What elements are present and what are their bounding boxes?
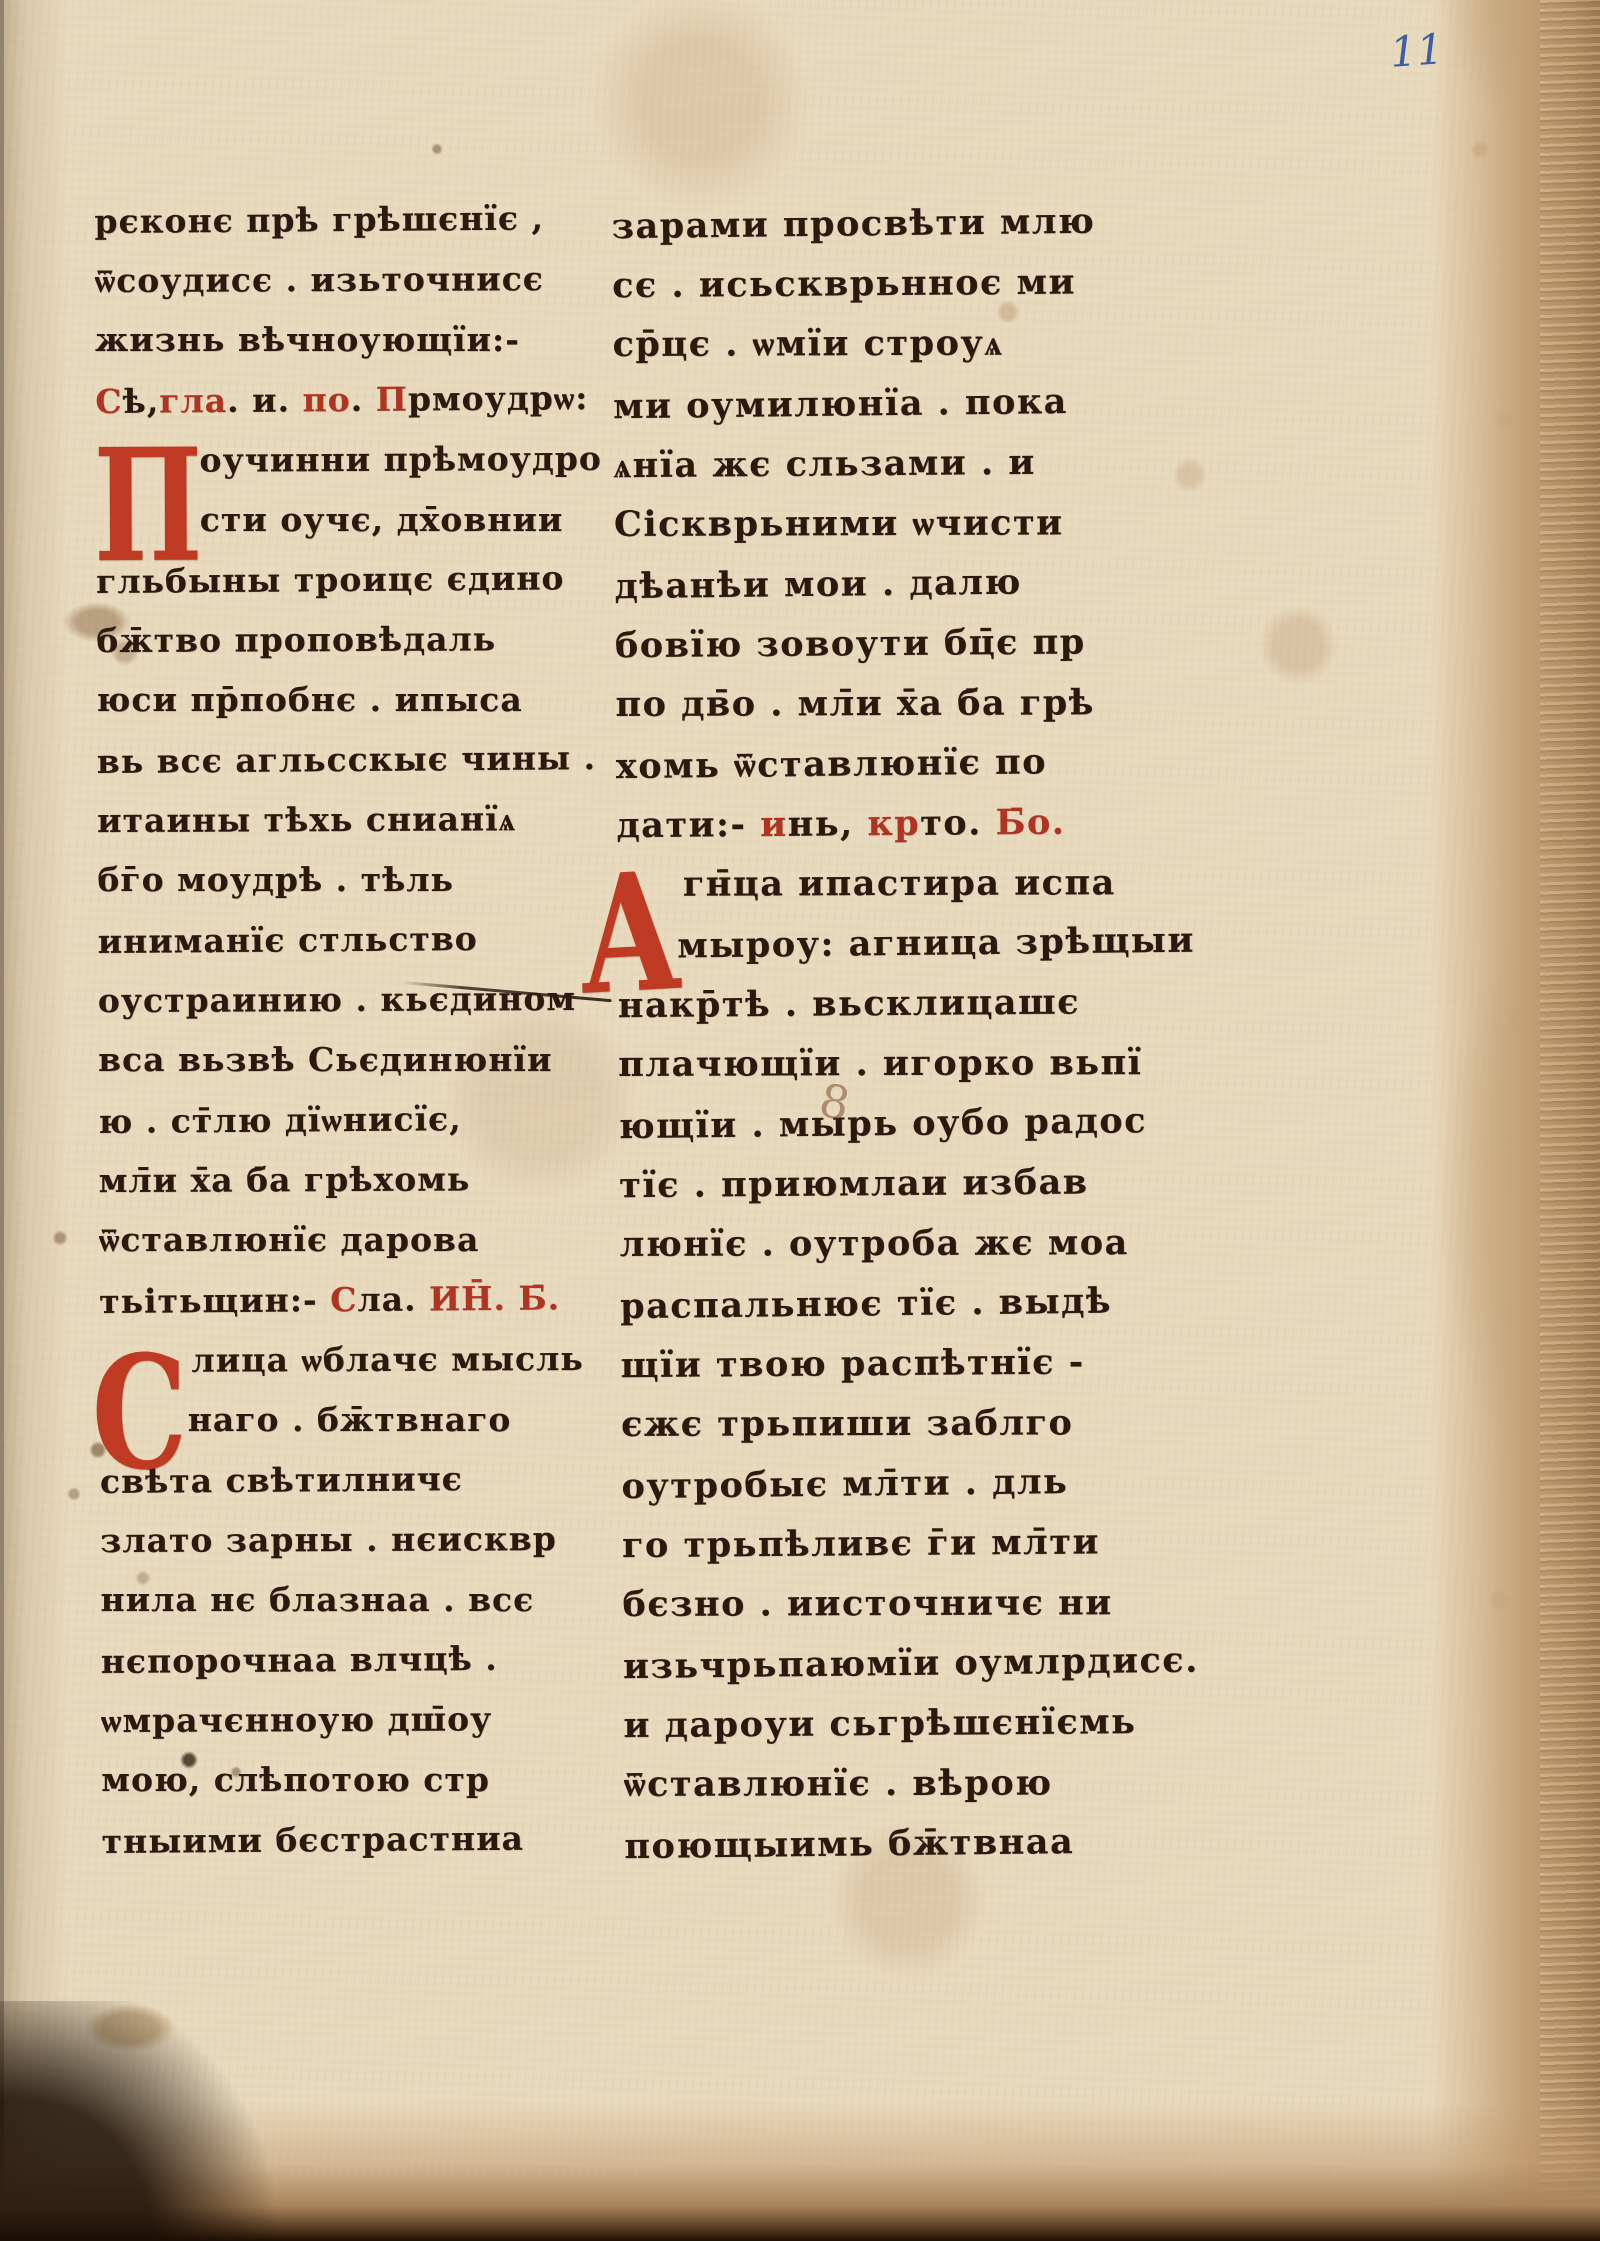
body-text: бж̄тво проповѣдаль bbox=[96, 619, 496, 660]
body-text: распальнює тїє . выдѣ bbox=[620, 1281, 1112, 1328]
manuscript-line-left-26: ѡмрачєнноую дш̄оу bbox=[101, 1689, 621, 1751]
page-edge-right bbox=[1430, 0, 1600, 2241]
body-text: ѿставлюнїє дарова bbox=[99, 1220, 479, 1259]
manuscript-line-right-2: сє . исьскврьнноє ми bbox=[612, 252, 1172, 316]
manuscript-line-right-27: ѿставлюнїє . вѣрою bbox=[624, 1753, 1184, 1815]
body-text: оустраинию . кьєдином bbox=[98, 979, 576, 1020]
manuscript-photo: 11 рєконє прѣ грѣшєнїє ,ѿсоудисє . изьто… bbox=[0, 0, 1600, 2241]
body-text: оутробыє мл̄ти . дль bbox=[621, 1461, 1068, 1507]
folio-number: 11 bbox=[1388, 24, 1445, 77]
body-text: рмоудрѡ: bbox=[408, 378, 589, 418]
manuscript-line-right-26: и дароуи сьгрѣшєнїємь bbox=[623, 1692, 1183, 1756]
body-text: люнїє . оутроба жє моа bbox=[620, 1222, 1129, 1265]
manuscript-line-right-12: гн̄ца ипастира испа bbox=[617, 853, 1177, 915]
body-text: мою, слѣпотою стр bbox=[101, 1760, 490, 1799]
body-text: ющїи . мырь оубо радос bbox=[618, 1100, 1147, 1147]
rubric-text: Б̄о. bbox=[995, 802, 1065, 844]
manuscript-line-right-11: дати:- инь, крто. Б̄о. bbox=[616, 792, 1176, 856]
illuminated-initial-p: П bbox=[93, 429, 203, 585]
manuscript-line-left-10: вь всє агльсскыє чины . bbox=[97, 728, 617, 792]
manuscript-line-left-1: рєконє прѣ грѣшєнїє , bbox=[94, 188, 614, 252]
body-text: поющыимь бж̄твнаа bbox=[624, 1821, 1074, 1867]
manuscript-line-right-17: тїє . приюмлаи избав bbox=[619, 1152, 1179, 1216]
manuscript-line-left-24: нила нє блазнаа . всє bbox=[100, 1570, 620, 1630]
manuscript-line-left-25: нєпорочнаа влчцѣ . bbox=[101, 1628, 621, 1692]
manuscript-line-right-3: ср̄цє . ѡмїи строуѧ bbox=[612, 313, 1172, 375]
manuscript-line-left-18: ѿставлюнїє дарова bbox=[99, 1210, 619, 1270]
body-text: ю . ст̄лю дїѡнисїє, bbox=[98, 1099, 462, 1141]
manuscript-line-right-25: изьчрьпаюмїи оумлрдисє. bbox=[623, 1631, 1184, 1697]
body-text: щїи твою распѣтнїє - bbox=[620, 1342, 1084, 1387]
body-text: то. bbox=[920, 802, 996, 844]
body-text: вь всє агльсскыє чины . bbox=[97, 738, 597, 781]
body-text: мл̄и х̄а б̄а грѣхомь bbox=[99, 1160, 471, 1201]
manuscript-line-left-13: иниманїє стльство bbox=[97, 908, 617, 972]
body-text: ср̄цє . ѡмїи строуѧ bbox=[613, 323, 1004, 365]
manuscript-line-right-21: єжє трьпиши заблго bbox=[621, 1393, 1181, 1455]
body-text: итаины тѣхь снианїѧ bbox=[97, 799, 516, 840]
manuscript-line-left-23: злато зарны . нєисквр bbox=[100, 1509, 620, 1571]
manuscript-line-left-3: жизнь вѣчноующїи:- bbox=[95, 310, 615, 370]
text-column-right: зарами просвѣти млюсє . исьскврьнноє мис… bbox=[611, 192, 1184, 1876]
rubric-text: кр bbox=[867, 803, 920, 844]
illuminated-initial-a: А bbox=[577, 851, 686, 1019]
body-text: иниманїє стльство bbox=[97, 919, 477, 961]
body-text: нь, bbox=[787, 803, 867, 845]
manuscript-line-right-8: бовїю зовоути бц̄є пр bbox=[615, 612, 1175, 676]
manuscript-line-left-8: бж̄тво проповѣдаль bbox=[96, 609, 616, 671]
body-text: сє . исьскврьнноє ми bbox=[612, 262, 1076, 307]
body-text: тьітьщин:- bbox=[99, 1280, 330, 1321]
body-text: ѿставлюнїє . вѣрою bbox=[624, 1762, 1053, 1804]
body-text: злато зарны . нєисквр bbox=[100, 1519, 557, 1560]
body-text: мыроу: агница зрѣщыи bbox=[677, 920, 1195, 967]
manuscript-line-right-23: го трьпѣливє г̄и мл̄ти bbox=[622, 1512, 1182, 1576]
body-text: . и. bbox=[227, 380, 303, 420]
manuscript-line-left-28: тныими бєстрастниа bbox=[101, 1808, 621, 1872]
body-text: Сіскврьними ѡчисти bbox=[614, 502, 1064, 545]
text-column-left: рєконє прѣ грѣшєнїє ,ѿсоудисє . изьточни… bbox=[94, 189, 621, 1871]
body-text: гн̄ца ипастира испа bbox=[683, 862, 1116, 905]
body-text: єжє трьпиши заблго bbox=[621, 1402, 1073, 1445]
manuscript-line-right-14: накр̄тѣ . вьсклицашє bbox=[618, 972, 1178, 1036]
manuscript-line-right-16: ющїи . мырь оубо радос bbox=[618, 1091, 1179, 1157]
body-text: нєпорочнаа влчцѣ . bbox=[101, 1639, 498, 1681]
body-text: накр̄тѣ . вьсклицашє bbox=[618, 982, 1080, 1027]
body-text: хомь ѿставлюнїє по bbox=[616, 741, 1048, 787]
body-text: оучинни прѣмоудро bbox=[199, 439, 602, 480]
manuscript-line-right-19: распальнює тїє . выдѣ bbox=[620, 1271, 1181, 1337]
manuscript-line-right-28: поющыимь бж̄твнаа bbox=[624, 1811, 1185, 1877]
body-text: зарами просвѣти млю bbox=[611, 201, 1095, 247]
manuscript-line-left-17: мл̄и х̄а б̄а грѣхомь bbox=[99, 1149, 619, 1211]
manuscript-line-right-10: хомь ѿставлюнїє по bbox=[616, 731, 1177, 797]
manuscript-line-left-9: юси пр̄побнє . ипыса bbox=[97, 670, 617, 730]
manuscript-line-left-16: ю . ст̄лю дїѡнисїє, bbox=[98, 1088, 618, 1152]
rubric-text: по bbox=[302, 380, 350, 419]
body-text: . bbox=[351, 380, 376, 419]
manuscript-line-right-20: щїи твою распѣтнїє - bbox=[620, 1332, 1180, 1396]
manuscript-line-left-11: итаины тѣхь снианїѧ bbox=[97, 789, 617, 851]
manuscript-line-left-15: вса вьзвѣ Сьєдинюнїи bbox=[98, 1030, 618, 1090]
body-text: ми оумилюнїа . пока bbox=[613, 381, 1068, 427]
body-text: бєзно . иисточничє ни bbox=[622, 1582, 1112, 1625]
body-text: сти оучє, дх̄овнии bbox=[200, 500, 564, 539]
body-text: го трьпѣливє г̄и мл̄ти bbox=[622, 1521, 1100, 1566]
body-text: дѣанѣи мои . далю bbox=[614, 562, 1022, 608]
manuscript-line-right-6: Сіскврьними ѡчисти bbox=[614, 493, 1174, 555]
body-text: наго . бж̄твнаго bbox=[188, 1400, 512, 1439]
manuscript-line-right-1: зарами просвѣти млю bbox=[611, 191, 1172, 257]
rubric-text: С bbox=[330, 1280, 358, 1319]
body-text: изьчрьпаюмїи оумлрдисє. bbox=[623, 1640, 1199, 1688]
manuscript-line-right-18: люнїє . оутроба жє моа bbox=[620, 1213, 1180, 1275]
rubric-text: и bbox=[760, 804, 788, 845]
body-text: юси пр̄побнє . ипыса bbox=[97, 680, 523, 719]
body-text: ла. bbox=[357, 1279, 429, 1319]
body-text: и дароуи сьгрѣшєнїємь bbox=[623, 1701, 1136, 1746]
page-gutter-shadow bbox=[0, 0, 70, 2241]
manuscript-line-right-4: ми оумилюнїа . пока bbox=[613, 371, 1174, 437]
manuscript-line-right-22: оутробыє мл̄ти . дль bbox=[621, 1451, 1182, 1517]
manuscript-line-right-13: мыроу: агница зрѣщыи bbox=[617, 911, 1178, 977]
manuscript-line-right-15: плачющїи . игорко вьпї bbox=[618, 1033, 1178, 1095]
body-text: ѡмрачєнноую дш̄оу bbox=[101, 1699, 492, 1740]
page-corner-bottom-left bbox=[0, 2001, 280, 2241]
body-text: вса вьзвѣ Сьєдинюнїи bbox=[98, 1040, 552, 1079]
manuscript-line-right-24: бєзно . иисточничє ни bbox=[622, 1573, 1182, 1635]
body-text: ѧнїа жє сльзами . и bbox=[613, 442, 1036, 486]
rubric-text: П bbox=[376, 380, 408, 419]
body-text: тныими бєстрастниа bbox=[101, 1819, 524, 1861]
illuminated-initial-s: С bbox=[91, 1336, 188, 1492]
manuscript-line-left-27: мою, слѣпотою стр bbox=[101, 1750, 621, 1810]
body-text: лица ѡблачє мысль bbox=[191, 1339, 583, 1380]
manuscript-line-left-2: ѿсоудисє . изьточнисє bbox=[95, 249, 615, 311]
body-text: жизнь вѣчноующїи:- bbox=[95, 320, 520, 359]
body-text: бовїю зовоути бц̄є пр bbox=[615, 622, 1086, 667]
manuscript-line-right-5: ѧнїа жє сльзами . и bbox=[613, 432, 1173, 496]
body-text: ѿсоудисє . изьточнисє bbox=[95, 259, 544, 300]
body-text: тїє . приюмлаи избав bbox=[619, 1162, 1089, 1207]
body-text: нила нє блазнаа . всє bbox=[100, 1580, 534, 1619]
body-text: рєконє прѣ грѣшєнїє , bbox=[94, 199, 544, 242]
body-text: бг̄о моудрѣ . тѣль bbox=[97, 860, 454, 899]
body-text: плачющїи . игорко вьпї bbox=[618, 1042, 1142, 1085]
body-text: по дв̄о . мл̄и х̄а б̄а грѣ bbox=[615, 682, 1095, 725]
manuscript-line-left-12: бг̄о моудрѣ . тѣль bbox=[97, 850, 617, 910]
manuscript-line-right-7: дѣанѣи мои . далю bbox=[614, 551, 1175, 617]
manuscript-line-left-14: оустраинию . кьєдином bbox=[98, 969, 618, 1031]
rubric-text: ИН̄. Б̄. bbox=[429, 1278, 560, 1318]
manuscript-line-right-9: по дв̄о . мл̄и х̄а б̄а грѣ bbox=[615, 673, 1175, 735]
